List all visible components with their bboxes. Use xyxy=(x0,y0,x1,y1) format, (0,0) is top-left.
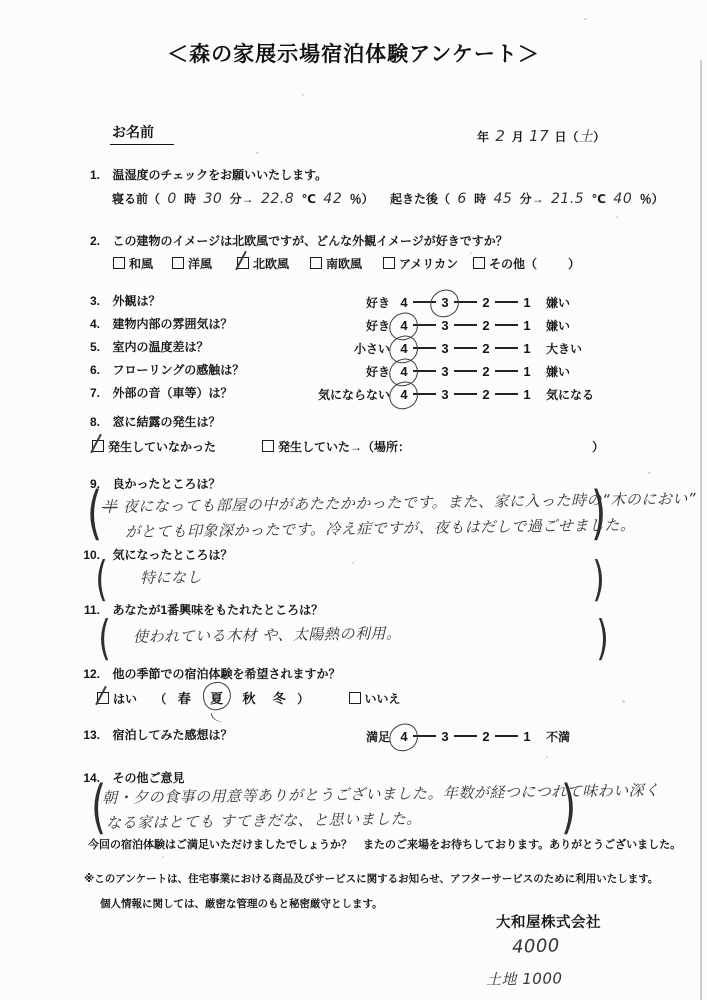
q9-question: 良かったところは？ xyxy=(112,477,220,491)
scale-value-2: 2 xyxy=(479,341,493,356)
scale-left-label: 気にならない xyxy=(268,386,390,403)
option-label: 北欧風 xyxy=(253,257,289,271)
q8-options: 発生していなかった 発生していた→（場所： ） xyxy=(0,438,707,458)
name-field-label: お名前 xyxy=(110,122,174,145)
scale-value-4: 4 xyxy=(397,364,411,379)
q4-number: 4. xyxy=(76,317,100,331)
after-temp-handwritten: 21.5 xyxy=(551,191,584,207)
option-other-close-paren: ） xyxy=(568,255,580,272)
scale-value-3: 3 xyxy=(438,318,452,333)
scale-value-4: 4 xyxy=(397,387,411,402)
month-handwritten: 2 xyxy=(495,127,505,145)
season-autumn: 秋 xyxy=(242,688,255,707)
scan-speck xyxy=(256,152,259,154)
q13-number: 13. xyxy=(76,728,100,742)
q5-question: 室内の温度差は？ xyxy=(112,340,208,354)
crossed-out-char: 半 xyxy=(102,498,118,516)
q7-number: 7. xyxy=(76,386,100,400)
scale-dash xyxy=(454,347,477,349)
scan-speck xyxy=(546,756,548,758)
option-label: 洋風 xyxy=(188,257,212,271)
q10-question: 気になったところは？ xyxy=(112,548,232,562)
q8-row: 8. 窓に結露の発生は？ xyxy=(76,413,220,431)
checkbox xyxy=(113,257,125,269)
q1-after-wake: 起きた後（ 6 時 45 分→ 21.5 ℃ 40 ％） xyxy=(390,190,664,207)
q1-number: 1. xyxy=(76,168,100,182)
after-label: 起きた後（ xyxy=(390,192,450,206)
q8-number: 8. xyxy=(76,415,100,429)
handwritten-amount: 4000 xyxy=(512,935,561,958)
minute-unit: 分→ xyxy=(520,192,544,206)
scale-dash xyxy=(495,735,518,737)
scan-speck xyxy=(470,252,472,254)
q6-number: 6. xyxy=(76,363,100,377)
scan-speck xyxy=(162,856,164,858)
privacy-note-1: ※このアンケートは、住宅事業における商品及びサービスに関するお知らせ、アフターサ… xyxy=(84,871,658,886)
answer-bracket-left: ( xyxy=(95,556,107,604)
scale-value-3: 3 xyxy=(438,729,452,744)
scale-dash xyxy=(454,393,477,395)
scan-speck xyxy=(648,472,651,474)
before-humidity-handwritten: 42 xyxy=(323,191,342,207)
scale-right-label: 嫌い xyxy=(546,363,570,380)
option-label: 発生していなかった xyxy=(108,440,216,454)
q5-rating-scale: 小さい 4 3 2 1 大きい xyxy=(268,338,582,358)
after-hour-handwritten: 6 xyxy=(457,191,466,207)
q10-answer: 特になし xyxy=(140,566,202,588)
q14-answer-line2: なる家はとても すてきだな、と思いました。 xyxy=(106,808,422,833)
checkbox xyxy=(237,257,249,269)
minute-unit: 分→ xyxy=(230,192,254,206)
humidity-unit: ％） xyxy=(350,192,374,206)
scale-right-label: 不満 xyxy=(546,728,570,745)
company-name: 大和屋株式会社 xyxy=(496,911,601,932)
scale-value-2: 2 xyxy=(479,295,493,310)
q6-rating-scale: 好き 4 3 2 1 嫌い xyxy=(268,361,570,381)
scale-value-2: 2 xyxy=(479,364,493,379)
option-label: 発生していた→（場所： xyxy=(278,440,410,454)
scale-value-1: 1 xyxy=(520,341,534,356)
scale-dash xyxy=(495,370,518,372)
temp-unit: ℃ xyxy=(592,192,607,206)
option-yes-label: はい xyxy=(113,692,137,706)
checkbox xyxy=(262,440,274,452)
scale-value-1: 1 xyxy=(520,729,534,744)
q2-options: 和風 洋風 北欧風 南欧風 アメリカン その他（ ） xyxy=(0,255,707,275)
q11-row: 11. あなたが1番興味をもたれたところは？ xyxy=(76,601,323,619)
scale-value-3: 3 xyxy=(438,295,452,310)
hour-unit: 時 xyxy=(184,192,196,206)
checkbox xyxy=(349,692,361,704)
q3-rating-scale: 好き 4 3 2 1 嫌い xyxy=(268,292,570,312)
scale-dash xyxy=(495,393,518,395)
q14-question: その他ご意見 xyxy=(112,771,184,785)
q3-row: 3. 外観は？ xyxy=(76,292,160,310)
scan-speck xyxy=(352,562,354,564)
season-spring: 春 xyxy=(178,688,191,707)
before-label: 寝る前（ xyxy=(112,192,160,206)
scan-speck xyxy=(584,18,587,20)
thanks-line: 今回の宿泊体験はご満足いただけましたでしょうか？ またのご来場をお待ちしておりま… xyxy=(88,836,681,852)
seasons-open-paren: （ xyxy=(154,692,166,706)
q4-row: 4. 建物内部の雰囲気は？ xyxy=(76,315,232,333)
q1-before-sleep: 寝る前（ 0 時 30 分→ 22.8 ℃ 42 ％） xyxy=(112,190,374,207)
answer-bracket-left: ( xyxy=(98,615,110,663)
q7-row: 7. 外部の音（車等）は？ xyxy=(76,384,232,402)
before-temp-handwritten: 22.8 xyxy=(261,191,294,207)
temp-unit: ℃ xyxy=(302,192,317,206)
answer-bracket-left: ( xyxy=(87,484,102,542)
scale-dash xyxy=(495,324,518,326)
month-label: 月 xyxy=(512,130,524,144)
scale-value-2: 2 xyxy=(479,318,493,333)
option-wafu: 和風 xyxy=(113,255,153,272)
answer-bracket-right: ) xyxy=(596,615,608,663)
page-title: ＜森の家展示場宿泊体験アンケート＞ xyxy=(0,38,707,68)
after-humidity-handwritten: 40 xyxy=(613,191,632,207)
option-yofu: 洋風 xyxy=(172,255,212,272)
handwritten-land-note: 土地 1000 xyxy=(486,967,563,989)
checkbox xyxy=(473,257,485,269)
scale-right-label: 大きい xyxy=(546,340,582,357)
scale-left-label: 好き xyxy=(268,317,390,334)
year-label: 年 xyxy=(477,130,489,144)
q11-number: 11. xyxy=(76,603,100,617)
q13-rating-scale: 満足 4 3 2 1 不満 xyxy=(268,726,570,746)
option-condensation: 発生していた→（場所： xyxy=(262,438,410,455)
checkbox xyxy=(92,440,104,452)
q12-row: 12. 他の季節での宿泊体験を希望されますか？ xyxy=(76,665,340,683)
q6-question: フローリングの感触は？ xyxy=(112,363,244,377)
q3-number: 3. xyxy=(76,294,100,308)
q11-answer: 使われている木材 や、太陽熱の利用。 xyxy=(133,622,402,647)
scale-dash xyxy=(454,735,477,737)
option-no-label: いいえ xyxy=(365,692,401,706)
q5-number: 5. xyxy=(76,340,100,354)
before-minute-handwritten: 30 xyxy=(203,191,222,207)
q7-question: 外部の音（車等）は？ xyxy=(112,386,232,400)
answer-bracket-right: ) xyxy=(592,556,604,604)
scan-speck xyxy=(622,700,625,703)
q6-row: 6. フローリングの感触は？ xyxy=(76,361,244,379)
scale-value-1: 1 xyxy=(520,364,534,379)
option-label: アメリカン xyxy=(399,257,458,271)
scale-value-4: 4 xyxy=(397,318,411,333)
q12-number: 12. xyxy=(76,667,100,681)
q8-question: 窓に結露の発生は？ xyxy=(112,415,220,429)
scale-value-4: 4 xyxy=(397,729,411,744)
q3-question: 外観は？ xyxy=(112,294,160,308)
q2-row: 2. この建物のイメージは北欧風ですが、どんな外観イメージが好きですか？ xyxy=(76,232,508,250)
option-nanofu: 南欧風 xyxy=(310,255,362,272)
scale-value-3: 3 xyxy=(438,387,452,402)
q1-row: 1. 温湿度のチェックをお願いいたします。 xyxy=(76,166,327,184)
scale-right-label: 嫌い xyxy=(546,317,570,334)
scale-value-1: 1 xyxy=(520,295,534,310)
hour-unit: 時 xyxy=(474,192,486,206)
paren-close: ） xyxy=(593,130,605,144)
q13-question: 宿泊してみた感想は？ xyxy=(112,728,232,742)
scan-edge-line xyxy=(700,60,702,1000)
humidity-unit: ％） xyxy=(640,192,664,206)
q2-number: 2. xyxy=(76,234,100,248)
scale-left-label: 満足 xyxy=(268,728,390,745)
location-close-paren: ） xyxy=(592,438,604,455)
scale-dash xyxy=(495,301,518,303)
q2-question: この建物のイメージは北欧風ですが、どんな外観イメージが好きですか？ xyxy=(112,234,507,248)
season-winter: 冬 xyxy=(273,688,286,707)
option-label: その他（ xyxy=(489,257,537,271)
option-other: その他（ xyxy=(473,255,537,272)
answer-bracket-right: ) xyxy=(591,484,606,542)
day-handwritten: 17 xyxy=(529,127,549,145)
scan-speck xyxy=(302,94,304,96)
scale-value-3: 3 xyxy=(438,364,452,379)
privacy-note-2: 個人情報に関しては、厳密な管理のもと秘密厳守とします。 xyxy=(100,896,383,911)
answer-bracket-right: ) xyxy=(561,778,576,836)
scale-left-label: 好き xyxy=(268,294,390,311)
after-minute-handwritten: 45 xyxy=(493,191,512,207)
handwritten-text: 夜になっても部屋の中があたたかかったです。また、家に入った時の“木のにおい” xyxy=(123,490,697,516)
q4-rating-scale: 好き 4 3 2 1 嫌い xyxy=(268,315,570,335)
scale-value-3: 3 xyxy=(438,341,452,356)
before-hour-handwritten: 0 xyxy=(167,191,176,207)
q7-rating-scale: 気にならない 4 3 2 1 気になる xyxy=(268,384,594,404)
q12-question: 他の季節での宿泊体験を希望されますか？ xyxy=(112,667,340,681)
q1-question: 温湿度のチェックをお願いいたします。 xyxy=(112,168,327,182)
checkbox xyxy=(383,257,395,269)
date-field: 年 2 月 17 日（土） xyxy=(477,126,605,146)
option-label: 南欧風 xyxy=(326,257,362,271)
scale-dash xyxy=(454,370,477,372)
scale-dash xyxy=(454,324,477,326)
scale-value-1: 1 xyxy=(520,387,534,402)
day-label: 日（ xyxy=(555,130,579,144)
q11-question: あなたが1番興味をもたれたところは？ xyxy=(112,603,323,617)
scale-value-2: 2 xyxy=(479,387,493,402)
scanned-survey-page: ＜森の家展示場宿泊体験アンケート＞ お名前 年 2 月 17 日（土） 1. 温… xyxy=(0,0,707,1000)
scale-left-label: 小さい xyxy=(268,340,390,357)
q13-row: 13. 宿泊してみた感想は？ xyxy=(76,726,232,744)
scale-left-label: 好き xyxy=(268,363,390,380)
q5-row: 5. 室内の温度差は？ xyxy=(76,338,208,356)
checkbox xyxy=(172,257,184,269)
q12-options: はい （ 春 夏 秋 冬 ） いいえ xyxy=(97,688,401,707)
option-american: アメリカン xyxy=(383,255,458,272)
season-summer: 夏 xyxy=(210,688,223,707)
scale-right-label: 気になる xyxy=(546,386,594,403)
scale-value-2: 2 xyxy=(479,729,493,744)
scale-value-1: 1 xyxy=(520,318,534,333)
option-label: 和風 xyxy=(129,257,153,271)
scale-value-4: 4 xyxy=(397,341,411,356)
scale-dash xyxy=(495,347,518,349)
q4-question: 建物内部の雰囲気は？ xyxy=(112,317,232,331)
scale-right-label: 嫌い xyxy=(546,294,570,311)
option-no-condensation: 発生していなかった xyxy=(92,438,216,455)
checkbox xyxy=(310,257,322,269)
q9-answer-line2: がとても印象深かったです。冷え症ですが、夜もはだしで過ごせました。 xyxy=(125,514,636,542)
seasons-close-paren: ） xyxy=(297,692,309,706)
weekday-handwritten: 土 xyxy=(579,129,594,145)
scale-value-4: 4 xyxy=(397,295,411,310)
scan-speck xyxy=(616,216,618,218)
checkbox xyxy=(97,692,109,704)
option-hokuofu: 北欧風 xyxy=(237,255,289,272)
